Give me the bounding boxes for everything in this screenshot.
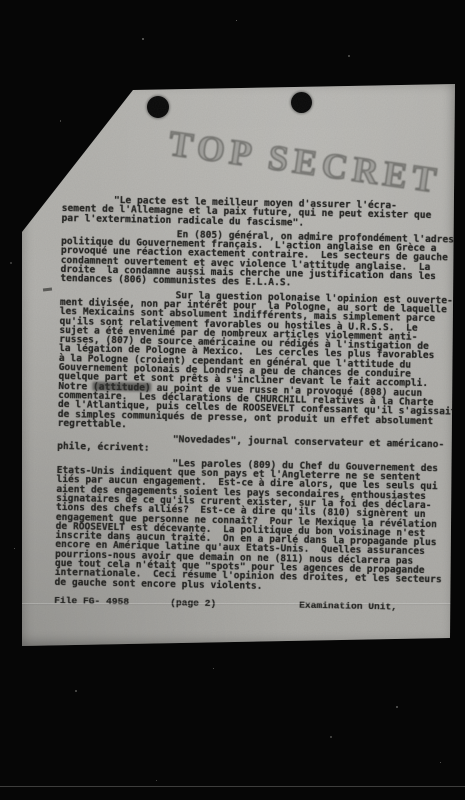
paper-crease-line — [22, 603, 455, 604]
punch-hole-right — [291, 92, 312, 113]
dust-speck — [440, 762, 441, 763]
paragraph-french-government: En (805) général, on admire profondément… — [60, 228, 453, 291]
top-secret-stamp: TOP SECRET — [166, 122, 444, 202]
dust-speck — [142, 38, 144, 40]
file-number: File FG- 4958 — [54, 596, 129, 607]
dust-speck — [10, 262, 12, 264]
paragraph-polish-question: Sur la question polonaise l'opinion est … — [58, 289, 453, 436]
dust-speck — [75, 690, 77, 692]
scanner-artifact-line — [0, 786, 465, 787]
margin-pencil-mark — [43, 288, 52, 292]
dust-speck — [213, 668, 214, 669]
dust-speck — [60, 120, 61, 122]
scanned-document-background: TOP SECRET "Le pacte est le meilleur moy… — [0, 0, 465, 800]
paragraph-novedades-intro: "Novedades", journal conservateur et amé… — [57, 433, 449, 459]
dust-speck — [330, 736, 332, 738]
paragraph-opening-quote: "Le pacte est le meilleur moyen d'assure… — [61, 195, 453, 230]
document-page: TOP SECRET "Le pacte est le meilleur moy… — [22, 84, 455, 646]
dust-speck — [396, 706, 398, 708]
page-footer: File FG- 4958 (page 2) Examination Unit, — [54, 596, 446, 616]
dust-speck — [14, 548, 15, 549]
dust-speck — [236, 20, 237, 21]
typewritten-body: "Le pacte est le meilleur moyen d'assure… — [54, 195, 454, 615]
dust-speck — [348, 55, 350, 57]
overstrike-smudge — [92, 382, 151, 392]
paragraph-novedades-quote: "Les paroles (809) du Chef du Gouverneme… — [54, 457, 448, 595]
dust-speck — [156, 780, 157, 781]
punch-hole-left — [147, 96, 169, 118]
